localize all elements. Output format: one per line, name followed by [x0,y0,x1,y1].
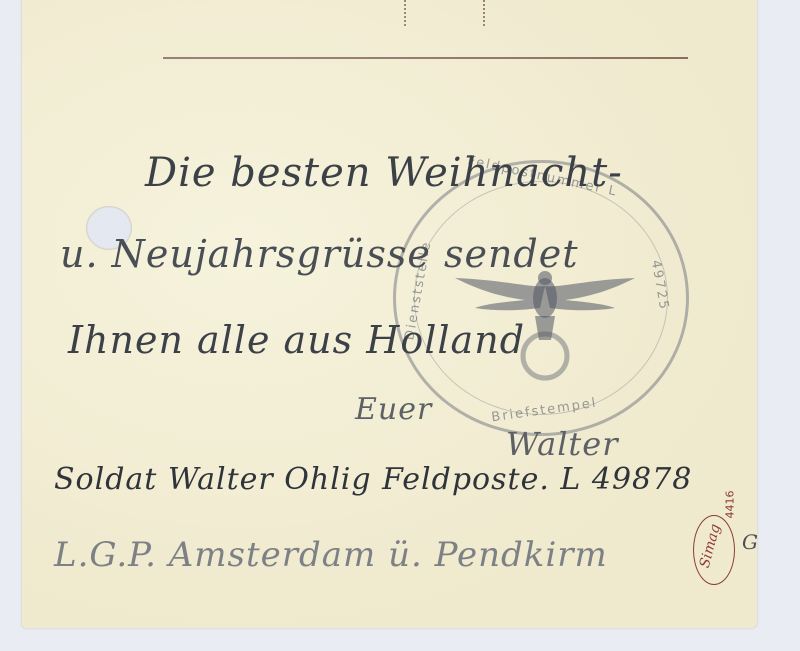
sender-suffix: G [742,530,758,554]
greeting-line-1: Die besten Weihnacht- [145,150,623,196]
maker-mark-oval: Simag [693,515,735,585]
maker-mark-number: 4416 [724,491,737,519]
divider-line [163,57,688,59]
address-line: L.G.P. Amsterdam ü. Pendkirm [54,535,608,575]
maker-mark-label: Simag [697,522,724,569]
signature: Walter [506,425,619,463]
greeting-line-2: u. Neujahrsgrüsse sendet [60,232,579,276]
sender-line: Soldat Walter Ohlig Feldposte. L 49878 [54,462,692,497]
closing-word: Euer [355,392,432,427]
perforation-right [483,0,485,26]
perforation-left [404,0,406,26]
greeting-line-3: Ihnen alle aus Holland [68,318,525,362]
